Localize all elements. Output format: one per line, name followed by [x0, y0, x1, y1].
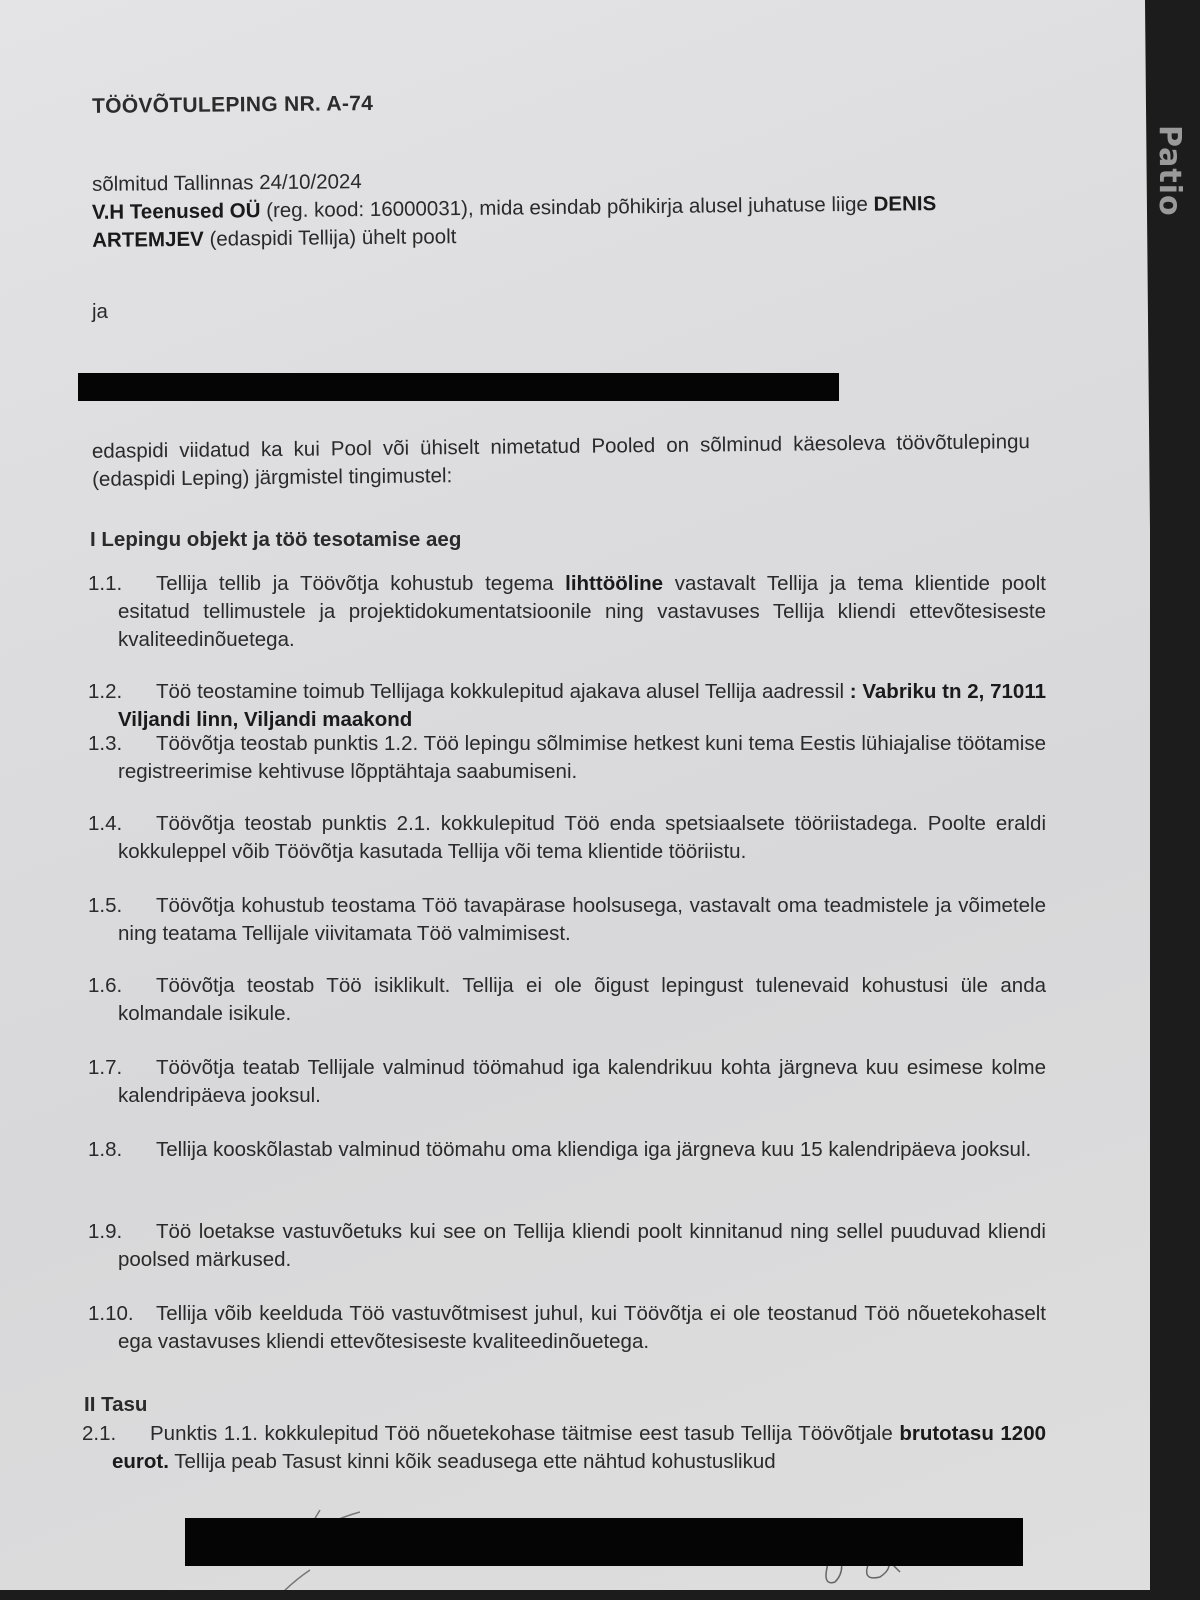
clause-number: 1.10. — [88, 1300, 134, 1328]
party-one: V.H Teenused OÜ (reg. kood: 16000031), m… — [92, 189, 1031, 255]
clause-text: Tellija tellib ja Töövõtja kohustub tege… — [88, 570, 1046, 654]
contract-page: TÖÖVÕTULEPING NR. A-74 sõlmitud Tallinna… — [0, 0, 1150, 1590]
clause-item: 1.1.Tellija tellib ja Töövõtja kohustub … — [88, 570, 1046, 654]
clause-text: Tellija kooskõlastab valminud töömahu om… — [88, 1136, 1046, 1164]
clause-item: 1.4.Töövõtja teostab punktis 2.1. kokkul… — [88, 810, 1046, 866]
clause-number: 1.5. — [88, 892, 122, 920]
clause-item: 1.5.Töövõtja kohustub teostama Töö tavap… — [88, 892, 1046, 948]
clause-text: Töö loetakse vastuvõetuks kui see on Tel… — [88, 1218, 1046, 1274]
clause-number: 1.7. — [88, 1054, 122, 1082]
clause-item: 1.8.Tellija kooskõlastab valminud töömah… — [88, 1136, 1046, 1164]
clause-2-1: 2.1. Punktis 1.1. kokkulepitud Töö nõuet… — [82, 1420, 1046, 1476]
section-heading-1: I Lepingu objekt ja töö tesotamise aeg — [90, 528, 461, 552]
clause-text: Töövõtja teostab Töö isiklikult. Tellija… — [88, 972, 1046, 1028]
company-name: V.H Teenused OÜ — [92, 199, 261, 224]
clause-item: 1.9.Töö loetakse vastuvõetuks kui see on… — [88, 1218, 1046, 1274]
clause-text: Töövõtja kohustub teostama Töö tavapäras… — [88, 892, 1046, 948]
clause-text: Punktis 1.1. kokkulepitud Töö nõuetekoha… — [82, 1420, 1046, 1476]
conjunction: ja — [92, 298, 1030, 326]
clause-number: 1.6. — [88, 972, 122, 1000]
clause-number: 1.2. — [88, 678, 122, 706]
clause-number: 1.8. — [88, 1136, 122, 1164]
clause-number: 1.1. — [88, 570, 122, 598]
clause-text: Töövõtja teostab punktis 2.1. kokkulepit… — [88, 810, 1046, 866]
section-heading-2: II Tasu — [84, 1393, 147, 1417]
clause-item: 1.7.Töövõtja teatab Tellijale valminud t… — [88, 1054, 1046, 1110]
background-label: Patio — [1152, 125, 1187, 217]
redaction-bar — [185, 1518, 1023, 1566]
clause-text: Töövõtja teatab Tellijale valminud tööma… — [88, 1054, 1046, 1110]
clause-text: Töövõtja teostab punktis 1.2. Töö leping… — [88, 730, 1046, 786]
clause-item: 1.10.Tellija võib keelduda Töö vastuvõtm… — [88, 1300, 1046, 1356]
clause-item: 1.6.Töövõtja teostab Töö isiklikult. Tel… — [88, 972, 1046, 1028]
document-title: TÖÖVÕTULEPING NR. A-74 — [92, 83, 1030, 121]
redaction-bar — [78, 373, 839, 401]
company-details: (reg. kood: 16000031), mida esindab põhi… — [260, 193, 873, 222]
clause-text: Tellija võib keelduda Töö vastuvõtmisest… — [88, 1300, 1046, 1356]
clause-number: 2.1. — [82, 1420, 116, 1448]
clause-number: 1.4. — [88, 810, 122, 838]
party-role: (edaspidi Tellija) ühelt poolt — [204, 225, 457, 251]
intro-paragraph: edaspidi viidatud ka kui Pool või ühisel… — [92, 428, 1031, 494]
clause-item: 1.3.Töövõtja teostab punktis 1.2. Töö le… — [88, 730, 1046, 786]
clause-text: Töö teostamine toimub Tellijaga kokkulep… — [88, 678, 1046, 734]
clause-number: 1.9. — [88, 1218, 122, 1246]
clause-number: 1.3. — [88, 730, 122, 758]
clause-item: 1.2.Töö teostamine toimub Tellijaga kokk… — [88, 678, 1046, 734]
